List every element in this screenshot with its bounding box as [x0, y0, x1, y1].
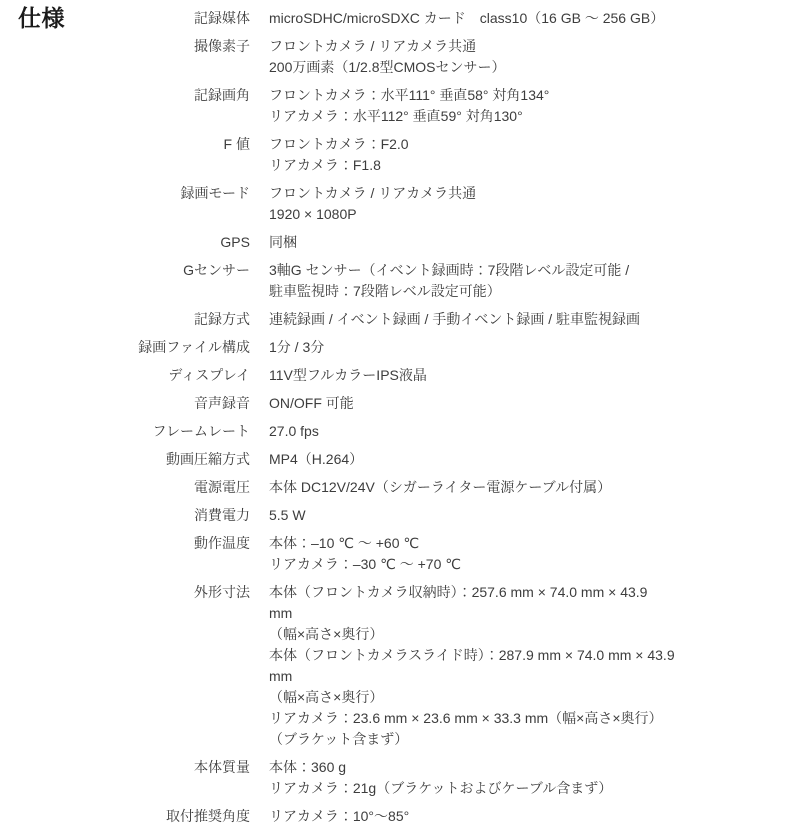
spec-row: 撮像素子フロントカメラ / リアカメラ共通200万画素（1/2.8型CMOSセン… — [0, 36, 760, 78]
spec-value: 連続録画 / イベント録画 / 手動イベント録画 / 駐車監視録画 — [269, 309, 739, 330]
spec-value: 3軸G センサー（イベント録画時：7段階レベル設定可能 /駐車監視時：7段階レベ… — [269, 260, 739, 302]
spec-value-line: 同梱 — [269, 232, 739, 253]
spec-row: 音声録音ON/OFF 可能 — [0, 393, 760, 414]
spec-row: ディスプレイ11V型フルカラーIPS液晶 — [0, 365, 760, 386]
spec-value: フロントカメラ / リアカメラ共通200万画素（1/2.8型CMOSセンサー） — [269, 36, 739, 78]
spec-label: 記録方式 — [0, 309, 250, 330]
spec-label: GPS — [0, 232, 250, 253]
spec-value-line: 駐車監視時：7段階レベル設定可能） — [269, 281, 739, 302]
spec-value-line: mm — [269, 603, 739, 624]
spec-value-line: リアカメラ：–30 ℃ ～ +70 ℃ — [269, 554, 739, 575]
spec-value-line: MP4（H.264） — [269, 449, 739, 470]
spec-value-line: リアカメラ：23.6 mm × 23.6 mm × 33.3 mm（幅×高さ×奥… — [269, 708, 739, 729]
spec-row: 記録画角フロントカメラ：水平111° 垂直58° 対角134°リアカメラ：水平1… — [0, 85, 760, 127]
spec-row: F 値フロントカメラ：F2.0リアカメラ：F1.8 — [0, 134, 760, 176]
spec-label: 動画圧縮方式 — [0, 449, 250, 470]
spec-value-line: リアカメラ：水平112° 垂直59° 対角130° — [269, 106, 739, 127]
spec-value-line: 本体 DC12V/24V（シガーライター電源ケーブル付属） — [269, 477, 739, 498]
spec-value-line: 本体（フロントカメラ収納時）：257.6 mm × 74.0 mm × 43.9 — [269, 582, 739, 603]
spec-value-line: 1分 / 3分 — [269, 337, 739, 358]
spec-label: Gセンサー — [0, 260, 250, 281]
spec-value-line: リアカメラ：F1.8 — [269, 155, 739, 176]
spec-row: Gセンサー3軸G センサー（イベント録画時：7段階レベル設定可能 /駐車監視時：… — [0, 260, 760, 302]
spec-value-line: フロントカメラ / リアカメラ共通 — [269, 183, 739, 204]
spec-value-line: リアカメラ：10°～85° — [269, 806, 739, 827]
spec-value: 5.5 W — [269, 505, 739, 526]
spec-row: 記録方式連続録画 / イベント録画 / 手動イベント録画 / 駐車監視録画 — [0, 309, 760, 330]
spec-value-line: 本体（フロントカメラスライド時）：287.9 mm × 74.0 mm × 43… — [269, 645, 739, 666]
spec-value-line: （幅×高さ×奥行） — [269, 624, 739, 645]
spec-label: 撮像素子 — [0, 36, 250, 57]
spec-value: 本体（フロントカメラ収納時）：257.6 mm × 74.0 mm × 43.9… — [269, 582, 739, 750]
spec-value-line: フロントカメラ：水平111° 垂直58° 対角134° — [269, 85, 739, 106]
spec-label: 記録画角 — [0, 85, 250, 106]
spec-value: ON/OFF 可能 — [269, 393, 739, 414]
spec-row: 動画圧縮方式MP4（H.264） — [0, 449, 760, 470]
spec-label: 電源電圧 — [0, 477, 250, 498]
spec-label: 消費電力 — [0, 505, 250, 526]
spec-value-line: 27.0 fps — [269, 421, 739, 442]
spec-value: 本体：–10 ℃ ～ +60 ℃リアカメラ：–30 ℃ ～ +70 ℃ — [269, 533, 739, 575]
spec-value: 本体 DC12V/24V（シガーライター電源ケーブル付属） — [269, 477, 739, 498]
spec-label: 記録媒体 — [0, 8, 250, 29]
spec-label: ディスプレイ — [0, 365, 250, 386]
spec-value-line: 本体：–10 ℃ ～ +60 ℃ — [269, 533, 739, 554]
spec-value: フロントカメラ：水平111° 垂直58° 対角134°リアカメラ：水平112° … — [269, 85, 739, 127]
spec-value: MP4（H.264） — [269, 449, 739, 470]
spec-table: 記録媒体microSDHC/microSDXC カード class10（16 G… — [0, 8, 760, 832]
spec-value-line: （幅×高さ×奥行） — [269, 687, 739, 708]
spec-value: 11V型フルカラーIPS液晶 — [269, 365, 739, 386]
spec-value: フロントカメラ：F2.0リアカメラ：F1.8 — [269, 134, 739, 176]
spec-row: 電源電圧本体 DC12V/24V（シガーライター電源ケーブル付属） — [0, 477, 760, 498]
spec-label: F 値 — [0, 134, 250, 155]
spec-row: 本体質量本体：360 gリアカメラ：21g（ブラケットおよびケーブル含まず） — [0, 757, 760, 799]
spec-row: 録画モードフロントカメラ / リアカメラ共通1920 × 1080P — [0, 183, 760, 225]
spec-value-line: 200万画素（1/2.8型CMOSセンサー） — [269, 57, 739, 78]
spec-value: 同梱 — [269, 232, 739, 253]
spec-value-line: 3軸G センサー（イベント録画時：7段階レベル設定可能 / — [269, 260, 739, 281]
spec-row: 動作温度本体：–10 ℃ ～ +60 ℃リアカメラ：–30 ℃ ～ +70 ℃ — [0, 533, 760, 575]
spec-value-line: 5.5 W — [269, 505, 739, 526]
spec-value-line: ON/OFF 可能 — [269, 393, 739, 414]
spec-value: リアカメラ：10°～85° — [269, 806, 739, 827]
spec-label: 取付推奨角度 — [0, 806, 250, 827]
spec-value-line: 本体：360 g — [269, 757, 739, 778]
spec-row: 外形寸法本体（フロントカメラ収納時）：257.6 mm × 74.0 mm × … — [0, 582, 760, 750]
spec-value-line: 連続録画 / イベント録画 / 手動イベント録画 / 駐車監視録画 — [269, 309, 739, 330]
spec-row: 記録媒体microSDHC/microSDXC カード class10（16 G… — [0, 8, 760, 29]
spec-value-line: mm — [269, 666, 739, 687]
spec-label: 音声録音 — [0, 393, 250, 414]
spec-value-line: （ブラケット含まず） — [269, 729, 739, 750]
spec-label: 録画ファイル構成 — [0, 337, 250, 358]
spec-label: フレームレート — [0, 421, 250, 442]
spec-value-line: フロントカメラ：F2.0 — [269, 134, 739, 155]
spec-value-line: リアカメラ：21g（ブラケットおよびケーブル含まず） — [269, 778, 739, 799]
spec-value: フロントカメラ / リアカメラ共通1920 × 1080P — [269, 183, 739, 225]
spec-row: 録画ファイル構成1分 / 3分 — [0, 337, 760, 358]
spec-row: GPS同梱 — [0, 232, 760, 253]
spec-value: 1分 / 3分 — [269, 337, 739, 358]
spec-value: 本体：360 gリアカメラ：21g（ブラケットおよびケーブル含まず） — [269, 757, 739, 799]
spec-value-line: 1920 × 1080P — [269, 204, 739, 225]
spec-row: 消費電力5.5 W — [0, 505, 760, 526]
spec-value-line: microSDHC/microSDXC カード class10（16 GB ～ … — [269, 8, 739, 29]
spec-value: microSDHC/microSDXC カード class10（16 GB ～ … — [269, 8, 739, 29]
spec-label: 外形寸法 — [0, 582, 250, 603]
spec-value: 27.0 fps — [269, 421, 739, 442]
spec-label: 録画モード — [0, 183, 250, 204]
spec-value-line: 11V型フルカラーIPS液晶 — [269, 365, 739, 386]
spec-value-line: フロントカメラ / リアカメラ共通 — [269, 36, 739, 57]
spec-row: 取付推奨角度リアカメラ：10°～85° — [0, 806, 760, 827]
spec-label: 本体質量 — [0, 757, 250, 778]
spec-row: フレームレート27.0 fps — [0, 421, 760, 442]
spec-label: 動作温度 — [0, 533, 250, 554]
